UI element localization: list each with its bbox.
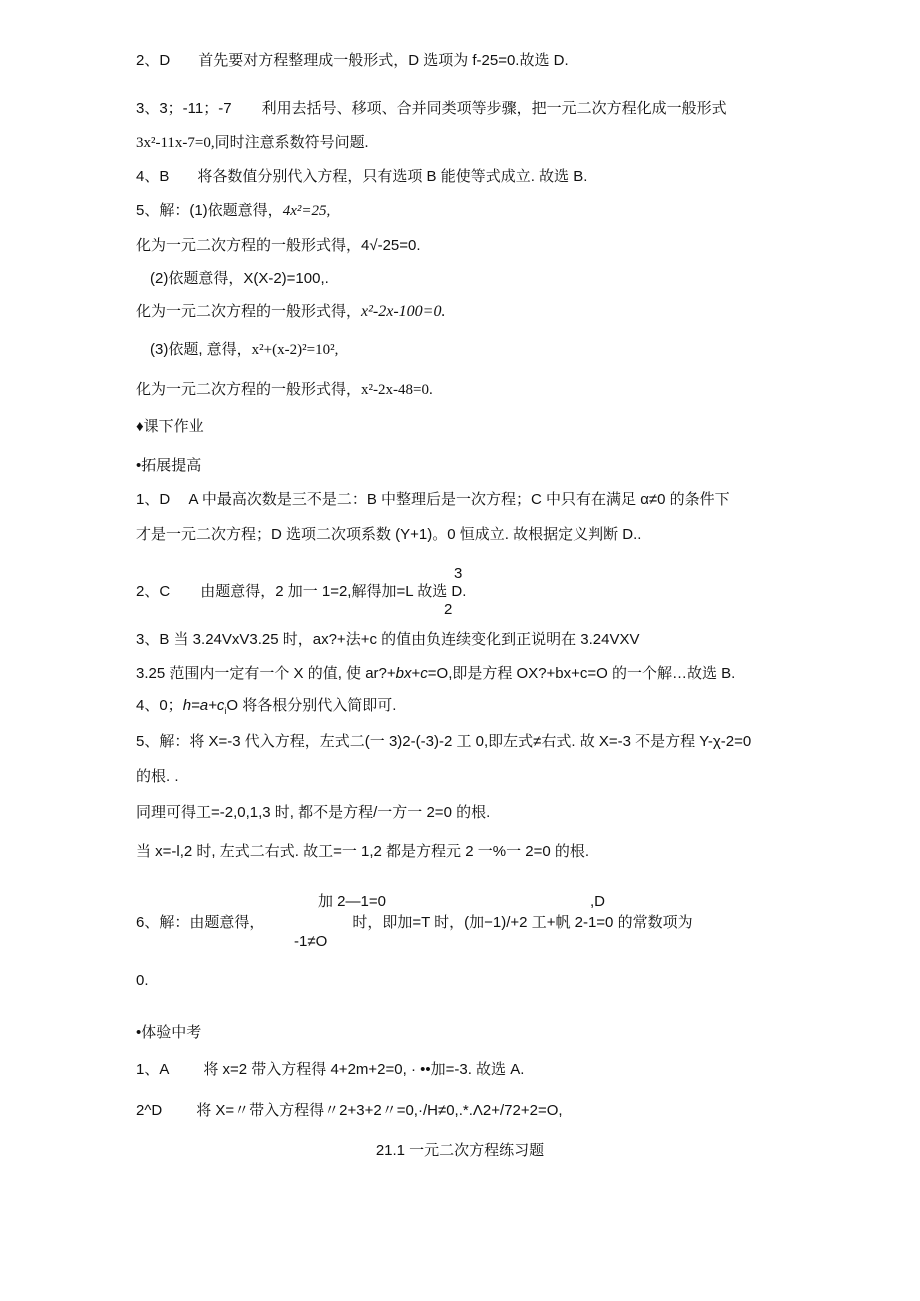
equation-label: ,D (590, 893, 605, 911)
answer-3-continuation: 3x²-11x-7=0,同时注意系数符号问题. (136, 134, 368, 152)
answer-text: 化为一元二次方程的一般形式得， (136, 381, 361, 398)
extend-answer-1-line-1: 1、D A 中最高次数是三不是二：B 中整理后是一次方程；C 中只有在满足 α≠… (136, 491, 730, 509)
math-expression: h=a+c (183, 697, 225, 714)
extend-answer-6-end: 0. (136, 972, 149, 990)
extend-answer-6: 6、解：由题意得，时，即加=T 时，(加−1)/+2 工+帆 2-1=0 的常数… (136, 914, 693, 932)
answer-number: 1、A (136, 1061, 169, 1078)
answer-number: 2^D (136, 1102, 162, 1119)
math-expression: x²-2x-48=0. (361, 382, 433, 398)
extend-answer-5-line-3: 同理可得工=-2,0,1,3 时, 都不是方程/一方一 2=0 的根. (136, 804, 490, 822)
extend-answer-5-line-2: 的根. . (136, 768, 179, 786)
answer-5-line-6: 化为一元二次方程的一般形式得，x²-2x-48=0. (136, 381, 433, 399)
answer-text: 3.25 范围内一定有一个 X 的值, 使 ar?+ (136, 665, 396, 682)
answer-text: 6、解：由题意得， (136, 914, 264, 931)
exam-answer-1: 1、A将 x=2 带入方程得 4+2m+2=0, · ••加=-3. 故选 A. (136, 1061, 524, 1079)
extend-answer-5-line-4: 当 x=-l,2 时, 左式二右式. 故工=一 1,2 都是方程元 2 一%一 … (136, 843, 589, 861)
answer-text: 5、解：(1)依题意得， (136, 202, 283, 219)
extend-answer-1-line-2: 才是一元二次方程；D 选项二次项系数 (Y+1)。0 恒成立. 故根据定义判断 … (136, 526, 641, 544)
answer-5-line-5: (3)依题, 意得，x²+(x-2)²=10², (150, 341, 338, 359)
answer-text: 时，即加=T 时，(加−1)/+2 工+帆 2-1=0 的常数项为 (352, 914, 692, 931)
answer-text: 由题意得，2 加一 1=2,解得加=L 故选 D. (200, 583, 466, 600)
answer-5-line-2: 化为一元二次方程的一般形式得，4√-25=0. (136, 237, 421, 255)
answer-5-line-3: (2)依题意得，X(X-2)=100,. (150, 270, 329, 288)
math-term: c (420, 665, 428, 682)
answer-3: 3、3；-11；-7利用去括号、移项、合并同类项等步骤，把一元二次方程化成一般形… (136, 100, 727, 118)
answer-5-line-4: 化为一元二次方程的一般形式得，x²-2x-100=0. (136, 303, 445, 321)
answer-number: 4、B (136, 168, 169, 185)
math-term: bx (396, 665, 412, 682)
answer-number: 3、3；-11；-7 (136, 100, 232, 117)
answer-text: 首先要对方程整理成一般形式，D 选项为 f-25=0.故选 D. (198, 52, 568, 69)
math-expression: 4x²=25, (283, 203, 331, 219)
answer-4: 4、B将各数值分别代入方程，只有选项 B 能使等式成立. 故选 B. (136, 168, 587, 186)
answer-text: 将各数值分别代入方程，只有选项 B 能使等式成立. 故选 B. (197, 168, 587, 185)
extend-answer-2: 2、C由题意得，2 加一 1=2,解得加=L 故选 D. (136, 583, 466, 601)
math-expression: x²-2x-100=0. (361, 303, 445, 320)
extend-answer-3-line-2: 3.25 范围内一定有一个 X 的值, 使 ar?+bx+c=O,即是方程 OX… (136, 665, 735, 683)
answer-text: 利用去括号、移项、合并同类项等步骤，把一元二次方程化成一般形式 (262, 100, 727, 117)
equation-system-top: 加 2—1=0 (318, 893, 386, 911)
answer-text: 将 X=〃带入方程得〃2+3+2〃=0,·/H≠0,.*.Λ2+/72+2=O, (196, 1102, 562, 1119)
answer-5-line-1: 5、解：(1)依题意得，4x²=25, (136, 202, 330, 220)
extend-answer-5-line-1: 5、解：将 X=-3 代入方程，左式二(一 3)2-(-3)-2 工 0,即左式… (136, 733, 751, 751)
answer-text: =O,即是方程 OX?+bx+c=O 的一个解…故选 B. (428, 665, 736, 682)
fraction-numerator: 3 (454, 565, 462, 583)
answer-text: O 将各根分别代入简即可. (226, 697, 396, 714)
math-operator: + (412, 665, 421, 682)
math-expression: x²+(x-2)²=10², (252, 342, 339, 358)
extend-answer-3-line-1: 3、B 当 3.24VxV3.25 时，ax?+法+c 的值由负连续变化到正说明… (136, 631, 640, 649)
extend-answer-4: 4、0；h=a+ciO 将各根分别代入简即可. (136, 697, 396, 720)
section-heading-exam: •体验中考 (136, 1024, 201, 1042)
answer-number: 2、D (136, 52, 170, 69)
fraction-denominator: 2 (444, 601, 452, 619)
answer-number: 2、C (136, 583, 170, 600)
section-heading-extend: •拓展提高 (136, 457, 201, 475)
answer-2: 2、D首先要对方程整理成一般形式，D 选项为 f-25=0.故选 D. (136, 52, 569, 70)
answer-text: 化为一元二次方程的一般形式得， (136, 303, 361, 320)
document-title: 21.1 一元二次方程练习题 (0, 1142, 920, 1160)
section-heading-homework: ♦课下作业 (136, 418, 204, 436)
equation-system-bottom: -1≠O (294, 933, 327, 951)
exam-answer-2: 2^D将 X=〃带入方程得〃2+3+2〃=0,·/H≠0,.*.Λ2+/72+2… (136, 1102, 563, 1120)
answer-text: 将 x=2 带入方程得 4+2m+2=0, · ••加=-3. 故选 A. (203, 1061, 524, 1078)
answer-number: 4、0； (136, 697, 183, 714)
answer-text: (3)依题, 意得， (150, 341, 252, 358)
